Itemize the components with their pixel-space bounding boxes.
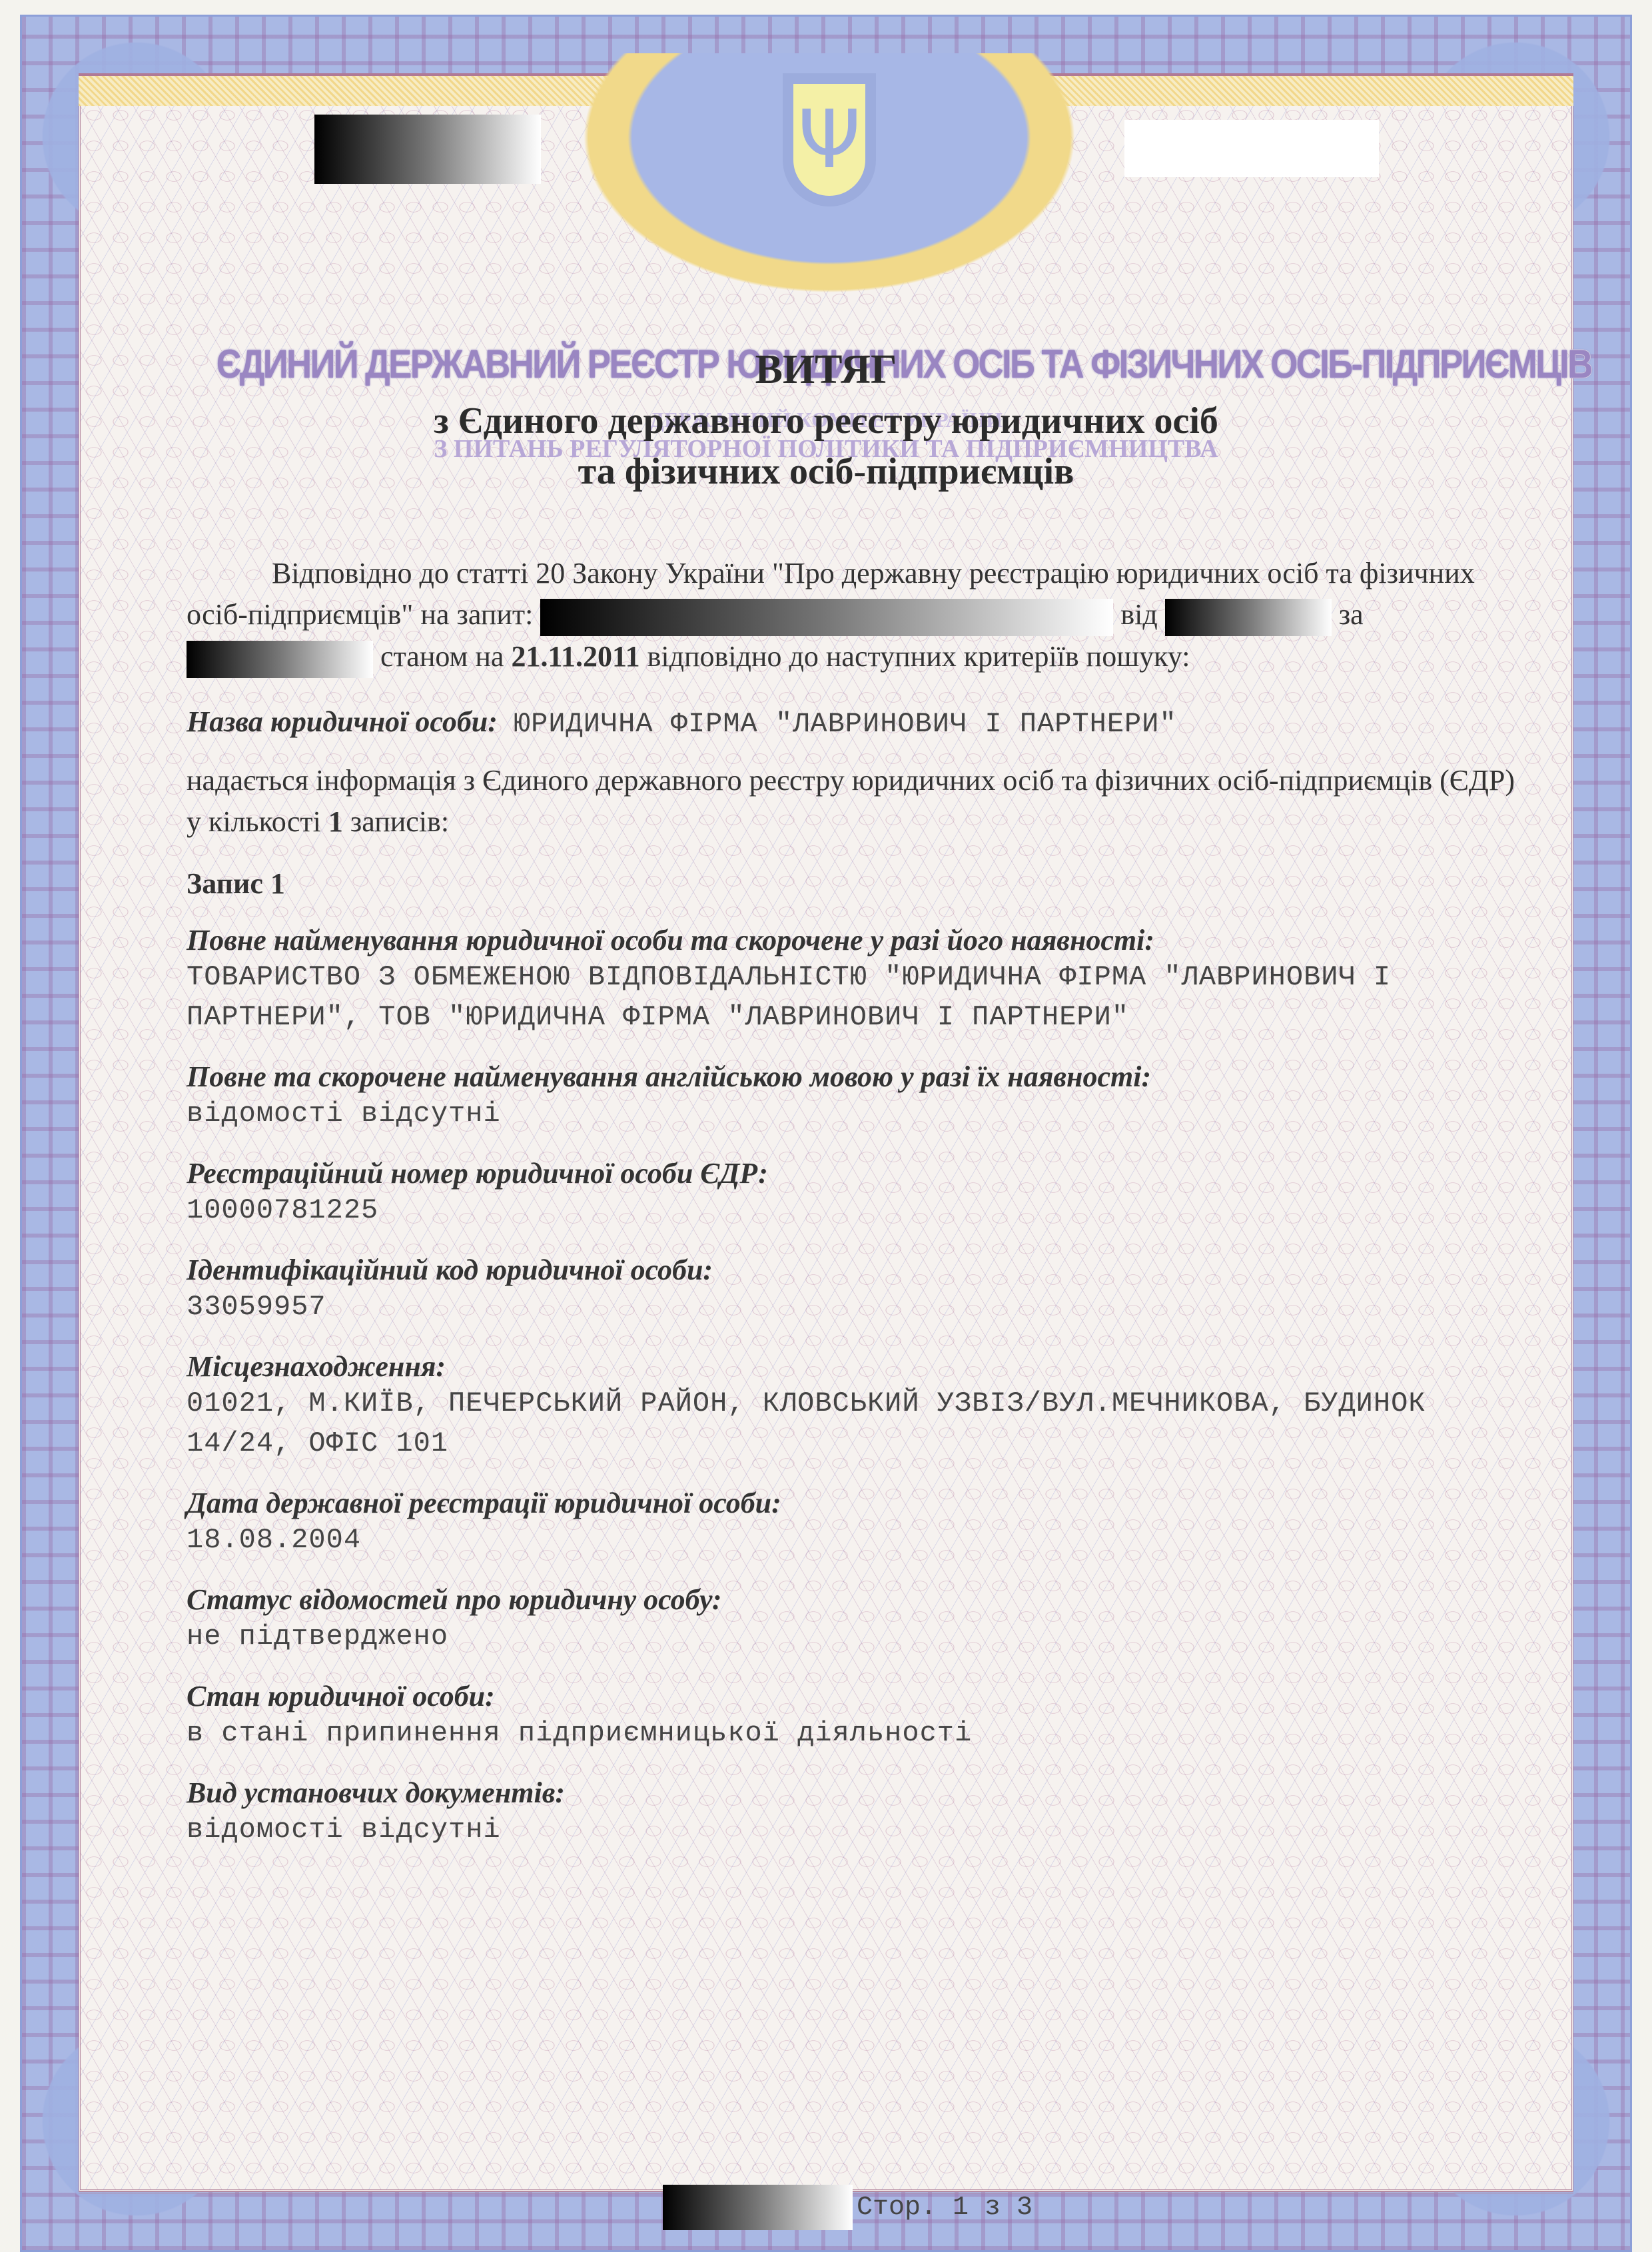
document-subtitle-line1: з Єдиного державного реєстру юридичних о… [0, 400, 1652, 442]
document-content: Відповідно до статті 20 Закону України "… [187, 553, 1532, 1850]
state-date: 21.11.2011 [511, 640, 639, 673]
search-value: ЮРИДИЧНА ФІРМА "ЛАВРИНОВИЧ І ПАРТНЕРИ" [514, 708, 1177, 740]
record-title: Запис 1 [187, 867, 1532, 901]
redacted-block [663, 2185, 853, 2230]
field-registration-number: Реєстраційний номер юридичної особи ЄДР:… [187, 1156, 1532, 1230]
redacted-request-date [1165, 599, 1332, 636]
record-count: 1 [328, 805, 343, 838]
field-full-name: Повне найменування юридичної особи та ск… [187, 923, 1532, 1037]
redacted-request-number [540, 599, 1113, 636]
redacted-block [314, 115, 541, 184]
field-identification-code: Ідентифікаційний код юридичної особи: 33… [187, 1253, 1532, 1327]
document-subtitle-line2: та фізичних осіб-підприємців [0, 450, 1652, 493]
field-entity-state: Стан юридичної особи: в стані припинення… [187, 1679, 1532, 1753]
field-information-status: Статус відомостей про юридичну особу: не… [187, 1583, 1532, 1657]
coat-of-arms: Ψ [719, 27, 939, 313]
field-registration-date: Дата державної реєстрації юридичної особ… [187, 1486, 1532, 1560]
page-footer: Стор. 1 з 3 [663, 2185, 1032, 2230]
summary-paragraph: надається інформація з Єдиного державног… [187, 760, 1532, 843]
redacted-block [1124, 120, 1379, 177]
redacted-request-id [187, 641, 373, 678]
intro-paragraph: Відповідно до статті 20 Закону України "… [187, 553, 1532, 678]
document-title: ВИТЯГ [0, 346, 1652, 394]
record-fields: Повне найменування юридичної особи та ск… [187, 923, 1532, 1850]
trident-icon: Ψ [783, 73, 876, 206]
field-founding-documents: Вид установчих документів: відомості від… [187, 1776, 1532, 1850]
field-location: Місцезнаходження: 01021, М.КИЇВ, ПЕЧЕРСЬ… [187, 1349, 1532, 1463]
search-criteria: Назва юридичної особи: ЮРИДИЧНА ФІРМА "Л… [187, 705, 1532, 740]
page-number: Стор. 1 з 3 [857, 2193, 1032, 2223]
field-english-name: Повне та скорочене найменування англійсь… [187, 1060, 1532, 1134]
